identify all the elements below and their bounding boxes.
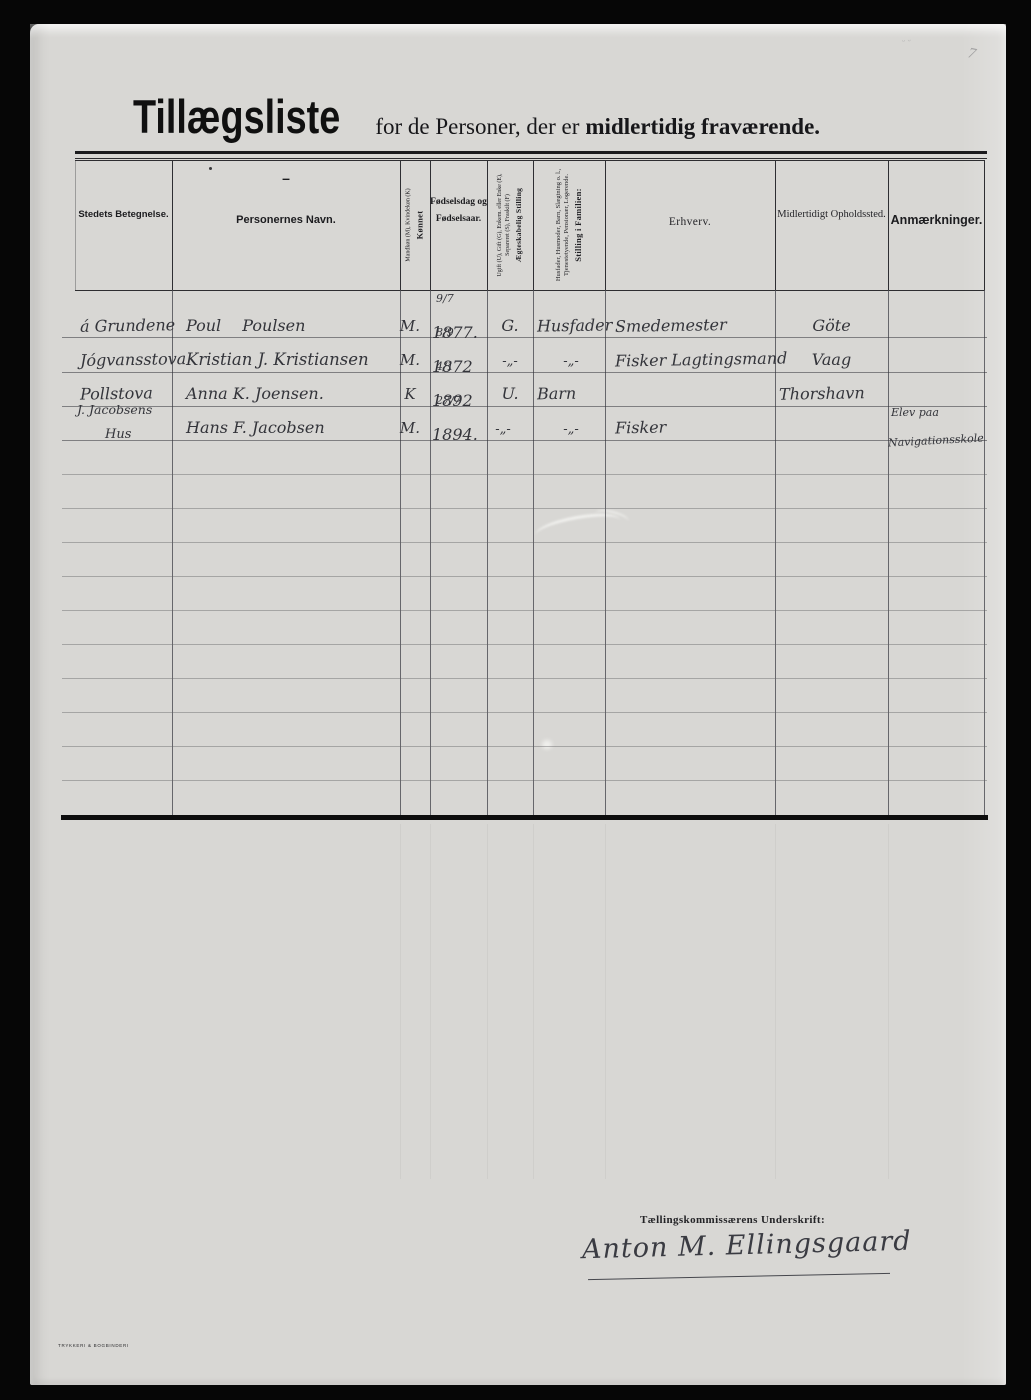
- table-row: Pollstova Anna K. Joensen. K 4/1 1892 U.…: [75, 372, 985, 406]
- page-title: Tillægslistefor de Personer, der ermidle…: [133, 96, 820, 144]
- row-line: [62, 440, 987, 441]
- cell-kon: M.: [400, 317, 420, 335]
- page-title-tail: midlertidig fraværende.: [585, 114, 820, 139]
- cell-stilling: Barn: [537, 384, 577, 404]
- cell-sted: Jógvansstova: [80, 349, 187, 370]
- cell-navn: Kristian J. Kristiansen: [186, 350, 369, 369]
- header-stedets-betegnelse: Stedets Betegnelse.: [75, 160, 172, 290]
- cell-anmaerkning: Elev paa: [891, 406, 939, 419]
- header-bottom-border: [75, 290, 985, 291]
- cell-sted: J. Jacobsens: [77, 402, 152, 417]
- bleed-line: [430, 824, 431, 1179]
- row-line: [62, 610, 987, 611]
- cell-erhverv: Smedemester: [615, 315, 727, 336]
- cell-fodselsdag: 9/7: [436, 292, 454, 305]
- cell-sted: Pollstova: [80, 383, 153, 403]
- cell-aegteskab: U.: [501, 384, 518, 403]
- row-line: [62, 780, 987, 781]
- cell-aegteskab: G.: [501, 316, 518, 335]
- row-line: [62, 644, 987, 645]
- header-stilling-main: Stilling i Familien:: [573, 163, 583, 287]
- header-konnet: Mandkøn (M), Kvindekøn (K) Kønnet: [400, 160, 430, 290]
- printer-imprint: TRYKKERI & BOGBINDERI: [58, 1343, 129, 1348]
- cell-sted: á Grundene: [80, 315, 175, 336]
- cell-navn: Anna K. Joensen.: [186, 384, 324, 403]
- bleed-line: [533, 824, 534, 1179]
- title-divider-rule: [75, 151, 987, 159]
- cell-navn: Hans F. Jacobsen: [186, 418, 325, 437]
- row-line: [62, 712, 987, 713]
- cell-anmaerkning-line2: Navigationsskole: [888, 432, 984, 450]
- page-title-main: Tillægsliste: [133, 90, 340, 144]
- cell-stilling: Husfader: [537, 315, 613, 335]
- pencil-corner-mark: 7: [966, 45, 977, 63]
- header-aegteskab-sub: Ugift (U), Gift (G), Enkem. eller Enke (…: [497, 163, 513, 287]
- cell-fodselsaar: 1894.: [432, 425, 478, 444]
- census-table: Stedets Betegnelse. – Personernes Navn. …: [75, 160, 985, 818]
- row-line: [62, 474, 987, 475]
- pencil-squiggle: ᵕᵕ: [902, 36, 915, 48]
- cell-aegteskab: -„-: [502, 354, 518, 369]
- row-line: [62, 542, 987, 543]
- cell-opholdssted: Thorshavn: [779, 383, 865, 403]
- table-row: J. Jacobsens Hus Hans F. Jacobsen M. 27/…: [75, 406, 985, 440]
- table-row: á Grundene Poul Poulsen M. 9/7 1877. G. …: [75, 304, 985, 338]
- scanned-census-page: { "scan": { "corner_mark": "7", "corner_…: [0, 0, 1031, 1400]
- header-konnet-main: Kønnet: [414, 163, 424, 287]
- cell-erhverv: Fisker: [615, 418, 667, 438]
- page-title-mid: for de Personer, der er: [375, 114, 579, 139]
- cell-aegteskab: -„-: [495, 422, 511, 437]
- paper-sheet: 7 ᵕᵕ Tillægslistefor de Personer, der er…: [30, 24, 1006, 1385]
- header-fodselsdag: Fødselsdag og Fødselsaar.: [430, 160, 487, 290]
- header-anmaerkninger: Anmærkninger.: [888, 160, 985, 290]
- table-bottom-border: [61, 815, 988, 820]
- cell-stilling: -„-: [563, 354, 579, 369]
- row-line: [62, 746, 987, 747]
- cell-fodselsdag: 27/7: [436, 394, 461, 407]
- header-personernes-navn-label: Personernes Navn.: [172, 214, 400, 226]
- cell-stilling: -„-: [563, 422, 579, 437]
- bleed-line: [605, 824, 606, 1179]
- cell-navn: Poul Poulsen: [186, 316, 305, 335]
- bleed-line: [775, 824, 776, 1179]
- cell-kon: K: [404, 385, 415, 403]
- header-personernes-navn: – Personernes Navn.: [172, 160, 400, 290]
- bleed-line: [487, 824, 488, 1179]
- cell-fodselsdag: 8/9: [436, 326, 454, 339]
- header-aegteskabelig-stilling: Ugift (U), Gift (G), Enkem. eller Enke (…: [487, 160, 533, 290]
- cell-fodselsdag: 4/1: [436, 360, 454, 373]
- header-midlertidigt-opholdssted: Midlertidigt Opholdssted.: [775, 160, 888, 290]
- row-line: [62, 678, 987, 679]
- header-erhverv: Erhverv.: [605, 160, 775, 290]
- header-dash: –: [172, 170, 400, 186]
- bleed-line: [888, 824, 889, 1179]
- cell-kon: M.: [400, 351, 420, 369]
- cell-erhverv: Fisker Lagtingsmand: [615, 348, 788, 370]
- signature-label: Tællingskommissærens Underskrift:: [640, 1214, 825, 1226]
- header-stilling-i-familien: Husfader, Husmoder, Barn, Slægtning o. l…: [533, 160, 605, 290]
- header-konnet-sub: Mandkøn (M), Kvindekøn (K): [406, 163, 414, 287]
- cell-opholdssted: Göte: [812, 316, 850, 335]
- cell-opholdssted: Vaag: [812, 350, 851, 369]
- signature-underline: [588, 1273, 890, 1280]
- header-stilling-sub: Husfader, Husmoder, Barn, Slægtning o. l…: [555, 163, 572, 287]
- cell-sted-line2: Hus: [105, 427, 131, 442]
- row-line: [62, 576, 987, 577]
- commissioner-signature: Anton M. Ellingsgaard: [582, 1226, 912, 1266]
- table-row: Jógvansstova Kristian J. Kristiansen M. …: [75, 338, 985, 372]
- cell-kon: M.: [400, 419, 420, 437]
- header-aegteskab-main: Ægteskabelig Stilling: [514, 163, 523, 287]
- bleed-line: [400, 824, 401, 1179]
- row-line: [62, 508, 987, 509]
